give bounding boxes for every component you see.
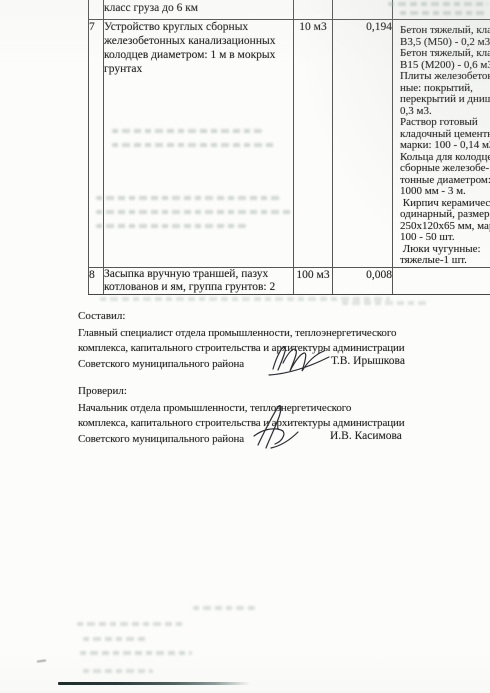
handwritten-signature-kasimova — [250, 403, 312, 451]
bleedthrough-text-artifact — [112, 129, 262, 133]
quantity-cell: 0,194 — [333, 20, 393, 268]
row-number-cell — [89, 0, 104, 20]
unit-cell — [294, 0, 333, 20]
quantity-cell: 0,008 — [333, 267, 393, 294]
handwritten-signature-iryshkova — [266, 342, 332, 380]
unit-cell: 100 м3 — [294, 267, 333, 294]
composed-signer-name: Т.В. Ирышкова — [331, 355, 405, 367]
row-number-cell: 7 — [89, 20, 104, 268]
bleedthrough-text-artifact — [193, 606, 255, 610]
work-description-cell: класс груза до 6 км — [104, 0, 294, 20]
bleedthrough-text-artifact — [388, 2, 488, 6]
bleedthrough-text-artifact — [96, 210, 291, 214]
bleedthrough-text-artifact — [80, 651, 192, 655]
scan-edge-line-artifact — [58, 682, 250, 685]
estimate-table: класс груза до 6 км 7 Устройство круглых… — [88, 0, 490, 295]
bleedthrough-text-artifact — [83, 669, 153, 673]
bleedthrough-text-artifact — [400, 11, 488, 15]
checked-label: Проверил: — [78, 384, 458, 398]
materials-cell: Бетон тяжелый, класс В3,5 (М50) - 0,2 м3… — [393, 20, 490, 268]
bleedthrough-text-artifact — [96, 196, 281, 200]
bleedthrough-text-artifact — [77, 622, 185, 626]
bleedthrough-text-artifact — [83, 637, 147, 641]
composed-label: Составил: — [78, 309, 458, 323]
unit-cell: 10 м3 — [294, 20, 333, 268]
table-row-8: 8 Засыпка вручную траншей, пазух котлова… — [89, 267, 490, 294]
row-number-cell: 8 — [89, 267, 104, 294]
bleedthrough-text-artifact — [112, 143, 277, 147]
checked-signer-name: И.В. Касимова — [330, 430, 402, 442]
materials-cell — [393, 267, 490, 294]
composed-section: Составил: Главный специалист отдела пром… — [78, 309, 458, 372]
scan-mark-artifact — [37, 659, 46, 662]
materials-text: Бетон тяжелый, класс В3,5 (М50) - 0,2 м3… — [393, 20, 490, 267]
bleedthrough-text-artifact — [96, 224, 246, 228]
scanned-document-page: класс груза до 6 км 7 Устройство круглых… — [0, 0, 490, 693]
quantity-cell — [333, 0, 393, 20]
work-description-cell: Засыпка вручную траншей, пазух котловано… — [104, 267, 294, 294]
checked-section: Проверил: Начальник отдела промышленност… — [78, 384, 458, 447]
bleedthrough-text-artifact — [342, 301, 430, 305]
